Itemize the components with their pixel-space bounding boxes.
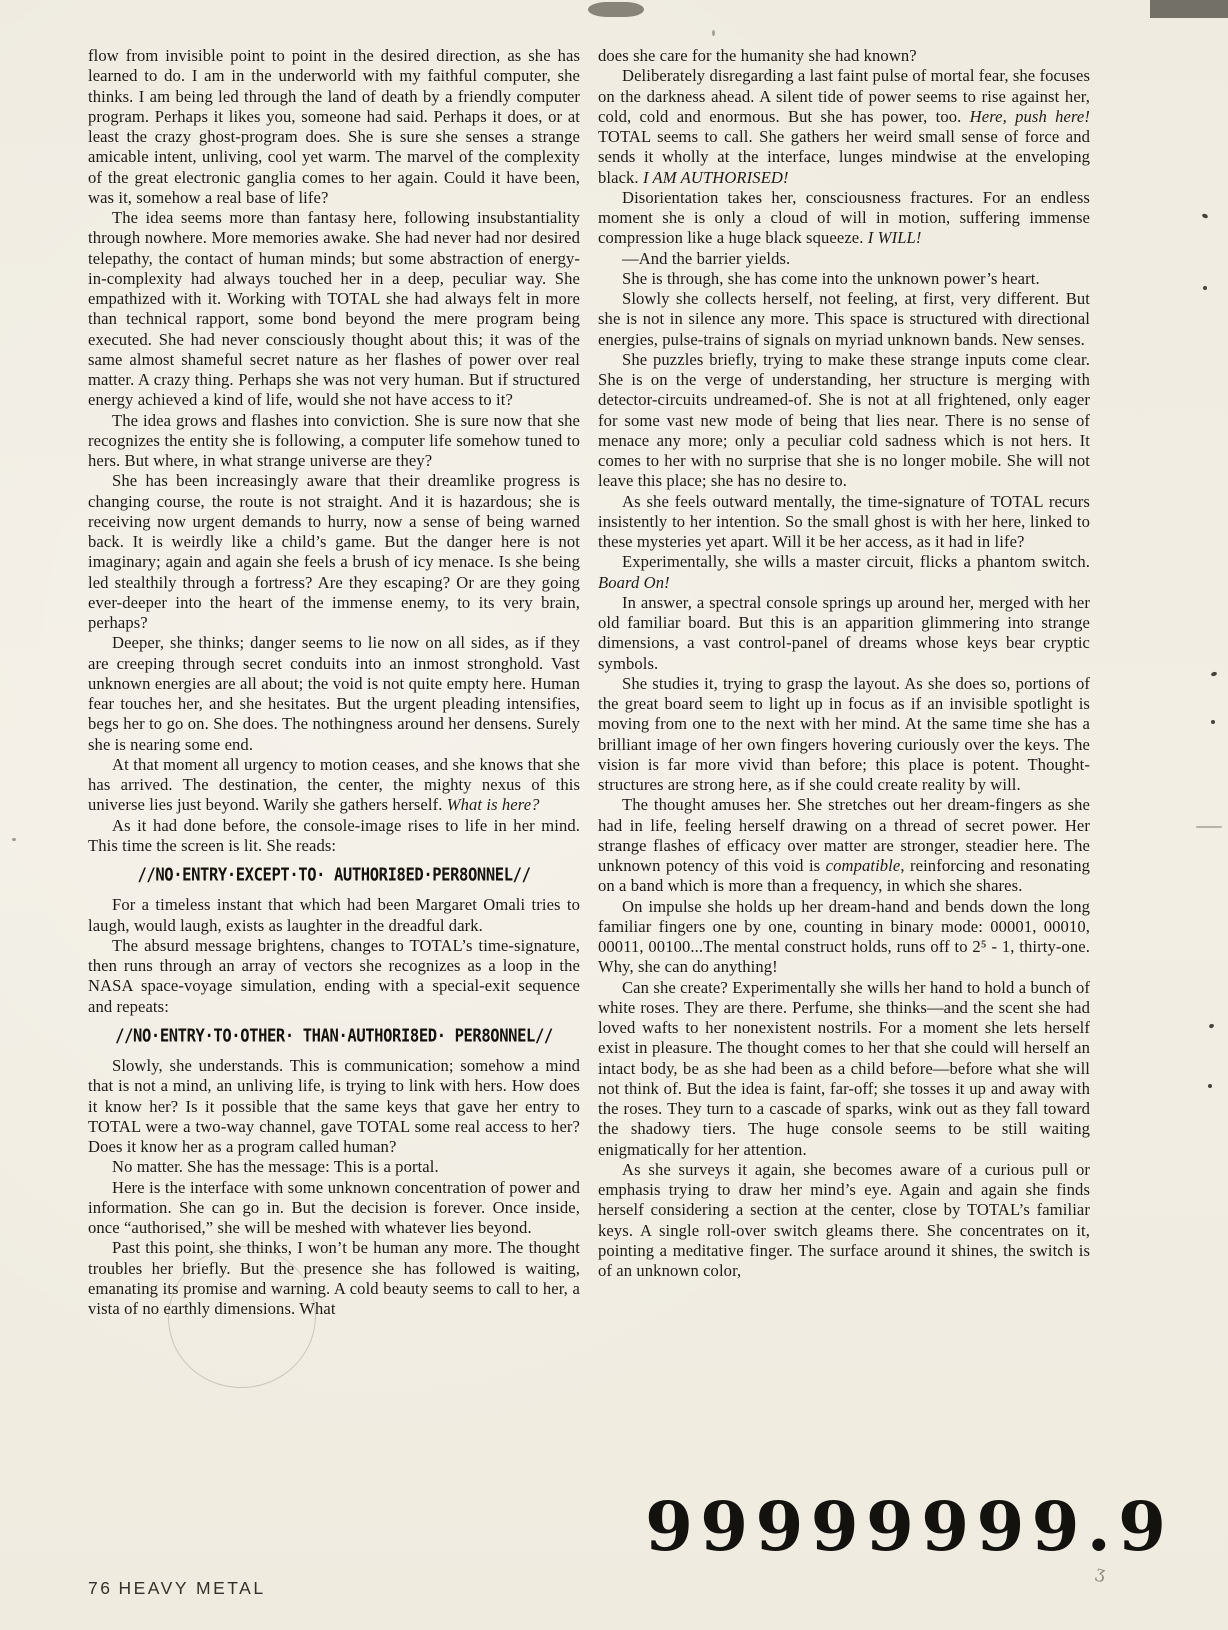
page-footer: 76HEAVY METAL xyxy=(88,1578,272,1599)
paragraph: Experimentally, she wills a master circu… xyxy=(598,552,1090,593)
paragraph: Deeper, she thinks; danger seems to lie … xyxy=(88,633,580,755)
paragraph: flow from invisible point to point in th… xyxy=(88,46,580,208)
magazine-title: HEAVY METAL xyxy=(118,1578,265,1598)
paragraph: The idea seems more than fantasy here, f… xyxy=(88,208,580,411)
paragraph: —And the barrier yields. xyxy=(598,249,1090,269)
scan-speck xyxy=(1201,213,1208,219)
computer-message: //NO·ENTRY·TO·OTHER· THAN·AUTHORI8ED· PE… xyxy=(88,1025,580,1048)
paragraph: Here is the interface with some unknown … xyxy=(88,1178,580,1239)
paragraph: On impulse she holds up her dream-hand a… xyxy=(598,897,1090,978)
paragraph: Slowly she collects herself, not feeling… xyxy=(598,289,1090,350)
paragraph: She has been increasingly aware that the… xyxy=(88,471,580,633)
paragraph: As it had done before, the console-image… xyxy=(88,816,580,857)
computer-message: //NO·ENTRY·EXCEPT·TO· AUTHORI8ED·PER8ONN… xyxy=(88,864,580,887)
scan-smudge xyxy=(588,2,644,17)
paragraph: Can she create? Experimentally she wills… xyxy=(598,978,1090,1160)
paragraph: does she care for the humanity she had k… xyxy=(598,46,1090,66)
scan-speck xyxy=(1203,286,1207,290)
text-column-left: flow from invisible point to point in th… xyxy=(88,46,580,1319)
paragraph: No matter. She has the message: This is … xyxy=(88,1157,580,1177)
paragraph: She studies it, trying to grasp the layo… xyxy=(598,674,1090,796)
page-number: 76 xyxy=(88,1578,112,1598)
paragraph: Past this point, she thinks, I won’t be … xyxy=(88,1238,580,1319)
scan-speck xyxy=(1208,1023,1214,1029)
paragraph: The thought amuses her. She stretches ou… xyxy=(598,795,1090,896)
scan-speck xyxy=(1210,671,1217,677)
paragraph: Slowly, she understands. This is communi… xyxy=(88,1056,580,1157)
scan-smudge xyxy=(1150,0,1228,18)
paragraph: At that moment all urgency to motion cea… xyxy=(88,755,580,816)
paragraph: As she surveys it again, she becomes awa… xyxy=(598,1160,1090,1282)
paragraph: The idea grows and flashes into convicti… xyxy=(88,411,580,472)
text-column-right: does she care for the humanity she had k… xyxy=(598,46,1090,1281)
paragraph: She puzzles briefly, trying to make thes… xyxy=(598,350,1090,492)
paragraph: Deliberately disregarding a last faint p… xyxy=(598,66,1090,188)
paragraph: The absurd message brightens, changes to… xyxy=(88,936,580,1017)
paragraph: For a timeless instant that which had be… xyxy=(88,895,580,936)
scan-speck xyxy=(1208,1084,1212,1088)
scan-speck xyxy=(1211,720,1215,724)
paragraph: She is through, she has come into the un… xyxy=(598,269,1090,289)
paragraph: Disorientation takes her, consciousness … xyxy=(598,188,1090,249)
magazine-page: flow from invisible point to point in th… xyxy=(0,0,1228,1630)
decorative-nines-glyphs: 99999999.9 xyxy=(645,1488,1129,1566)
scan-speck xyxy=(12,838,16,841)
scan-speck xyxy=(712,30,715,36)
paragraph: In answer, a spectral console springs up… xyxy=(598,593,1090,674)
scan-dash xyxy=(1196,826,1222,828)
paragraph: As she feels outward mentally, the time-… xyxy=(598,492,1090,553)
